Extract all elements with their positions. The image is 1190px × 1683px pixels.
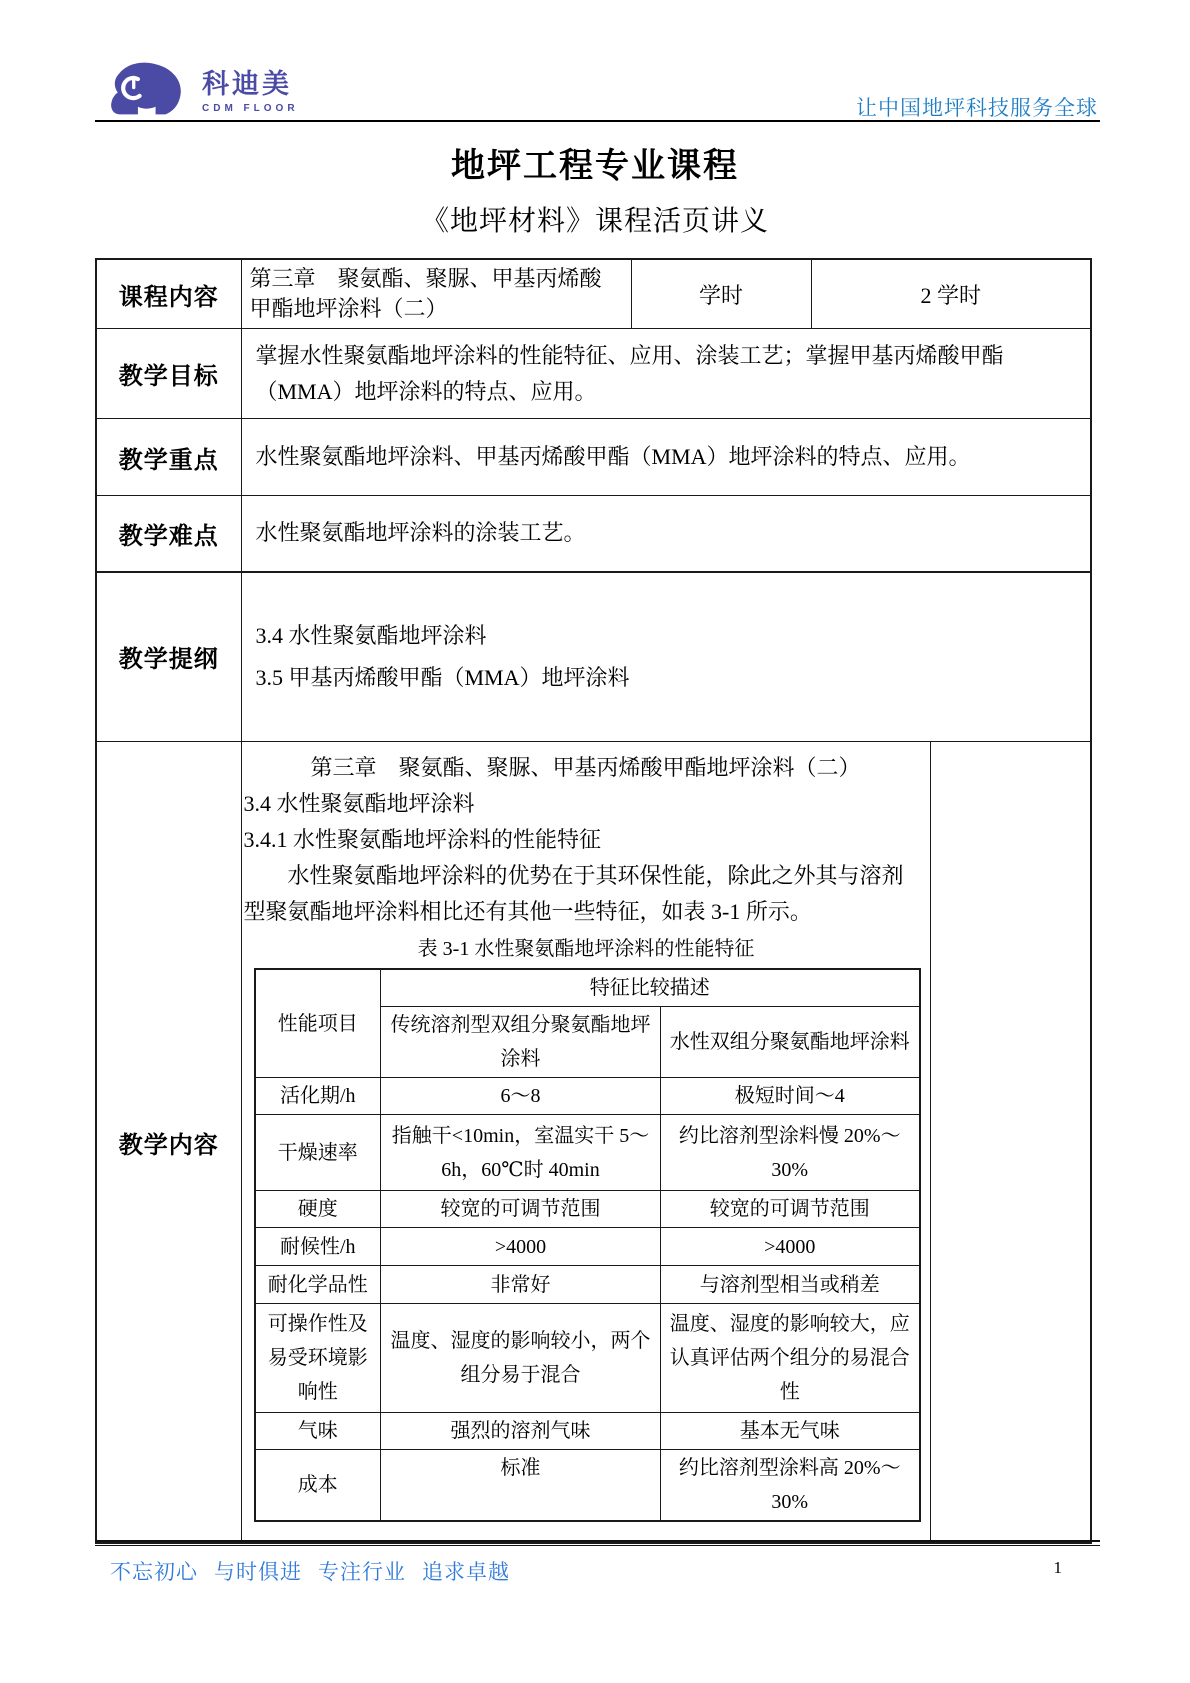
comparison-row-drying: 干燥速率 指触干<10min，室温实干 5～6h，60℃时 40min 约比溶剂… [255,1115,920,1191]
item-cell: 耐候性/h [255,1228,381,1266]
teaching-focus-value: 水性聚氨酯地坪涂料、甲基丙烯酸甲酯（MMA）地坪涂料的特点、应用。 [241,419,1091,496]
item-cell: 可操作性及易受环境影响性 [255,1304,381,1413]
teaching-content-label: 教学内容 [96,742,241,1544]
teaching-focus-label: 教学重点 [96,419,241,496]
solvent-cell: 指触干<10min，室温实干 5～6h，60℃时 40min [381,1115,661,1191]
waterborne-cell: 基本无气味 [661,1413,920,1450]
waterborne-col-header: 水性双组分聚氨酯地坪涂料 [661,1007,920,1078]
subsection-heading: 3.4.1 水性聚氨酯地坪涂料的性能特征 [242,822,930,858]
course-content-label: 课程内容 [96,259,241,329]
comparison-row-operability: 可操作性及易受环境影响性 温度、湿度的影响较小，两个组分易于混合 温度、湿度的影… [255,1304,920,1413]
solvent-cell: 较宽的可调节范围 [381,1191,661,1228]
item-cell: 干燥速率 [255,1115,381,1191]
lesson-plan-table: 课程内容 第三章 聚氨酯、聚脲、甲基丙烯酸甲酯地坪涂料（二） 学时 2 学时 教… [95,258,1092,1544]
brand-subname: CDM FLOOR [202,104,299,114]
comparison-row-chemical: 耐化学品性 非常好 与溶剂型相当或稍差 [255,1266,920,1304]
comparison-group-header: 特征比较描述 [381,969,920,1007]
comparison-row-weathering: 耐候性/h >4000 >4000 [255,1228,920,1266]
header-rule [95,120,1100,122]
waterborne-cell: 约比溶剂型涂料高 20%～30% [661,1450,920,1522]
waterborne-cell: 与溶剂型相当或稍差 [661,1266,920,1304]
teaching-objective-value: 掌握水性聚氨酯地坪涂料的性能特征、应用、涂装工艺；掌握甲基丙烯酸甲酯（MMA）地… [241,329,1091,419]
brand-name: 科迪美 [202,71,299,98]
teaching-objective-label: 教学目标 [96,329,241,419]
comparison-row-hardness: 硬度 较宽的可调节范围 较宽的可调节范围 [255,1191,920,1228]
footer-rule [95,1540,1100,1546]
slogan-phrase: 追求卓越 [422,1556,510,1586]
notes-column [930,742,1091,1542]
solvent-cell: 温度、湿度的影响较小，两个组分易于混合 [381,1304,661,1413]
teaching-difficulty-label: 教学难点 [96,496,241,572]
waterborne-cell: 约比溶剂型涂料慢 20%～30% [661,1115,920,1191]
chapter-heading: 第三章 聚氨酯、聚脲、甲基丙烯酸甲酯地坪涂料（二） [242,750,930,786]
slogan-phrase: 与时俱进 [214,1556,302,1586]
company-logo: 科迪美 CDM FLOOR [106,58,299,127]
course-content-value: 第三章 聚氨酯、聚脲、甲基丙烯酸甲酯地坪涂料（二） [241,259,631,329]
comparison-row-cost: 成本 标准 约比溶剂型涂料高 20%～30% [255,1450,920,1522]
table-caption: 表 3-1 水性聚氨酯地坪涂料的性能特征 [254,934,919,964]
slogan-phrase: 不忘初心 [110,1556,198,1586]
waterborne-cell: >4000 [661,1228,920,1266]
waterborne-cell: 温度、湿度的影响较大，应认真评估两个组分的易混合性 [661,1304,920,1413]
waterborne-cell: 极短时间～4 [661,1078,920,1115]
elephant-logo-icon [106,58,190,127]
teaching-outline-value: 3.4 水性聚氨酯地坪涂料 3.5 甲基丙烯酸甲酯（MMA）地坪涂料 [241,572,1091,742]
footer-slogan: 不忘初心 与时俱进 专注行业 追求卓越 [110,1556,510,1586]
item-cell: 活化期/h [255,1078,381,1115]
outline-line-2: 3.5 甲基丙烯酸甲酯（MMA）地坪涂料 [256,657,1077,699]
teaching-content-area: 第三章 聚氨酯、聚脲、甲基丙烯酸甲酯地坪涂料（二） 3.4 水性聚氨酯地坪涂料 … [242,742,1091,1542]
teaching-difficulty-value: 水性聚氨酯地坪涂料的涂装工艺。 [241,496,1091,572]
hours-label: 学时 [631,259,811,329]
page-subtitle: 《地坪材料》课程活页讲义 [0,199,1190,239]
solvent-cell: 6～8 [381,1078,661,1115]
item-cell: 气味 [255,1413,381,1450]
comparison-table: 性能项目 特征比较描述 传统溶剂型双组分聚氨酯地坪涂料 水性双组分聚氨酯地坪涂料 [254,968,921,1522]
page-title: 地坪工程专业课程 [0,138,1190,187]
perf-item-header: 性能项目 [255,969,381,1078]
page-number: 1 [1054,1558,1063,1578]
item-cell: 硬度 [255,1191,381,1228]
solvent-cell: >4000 [381,1228,661,1266]
solvent-col-header: 传统溶剂型双组分聚氨酯地坪涂料 [381,1007,661,1078]
header-slogan: 让中国地坪科技服务全球 [856,92,1098,122]
intro-paragraph: 水性聚氨酯地坪涂料的优势在于其环保性能，除此之外其与溶剂型聚氨酯地坪涂料相比还有… [242,858,920,930]
comparison-row-activation: 活化期/h 6～8 极短时间～4 [255,1078,920,1115]
solvent-cell: 非常好 [381,1266,661,1304]
solvent-cell: 标准 [381,1450,661,1522]
hours-value: 2 学时 [811,259,1091,329]
section-heading: 3.4 水性聚氨酯地坪涂料 [242,786,930,822]
item-cell: 耐化学品性 [255,1266,381,1304]
teaching-outline-label: 教学提纲 [96,572,241,742]
document-page: 科迪美 CDM FLOOR 让中国地坪科技服务全球 地坪工程专业课程 《地坪材料… [0,0,1190,1683]
waterborne-cell: 较宽的可调节范围 [661,1191,920,1228]
comparison-row-odor: 气味 强烈的溶剂气味 基本无气味 [255,1413,920,1450]
item-cell: 成本 [255,1450,381,1522]
outline-line-1: 3.4 水性聚氨酯地坪涂料 [256,615,1077,657]
solvent-cell: 强烈的溶剂气味 [381,1413,661,1450]
slogan-phrase: 专注行业 [318,1556,406,1586]
